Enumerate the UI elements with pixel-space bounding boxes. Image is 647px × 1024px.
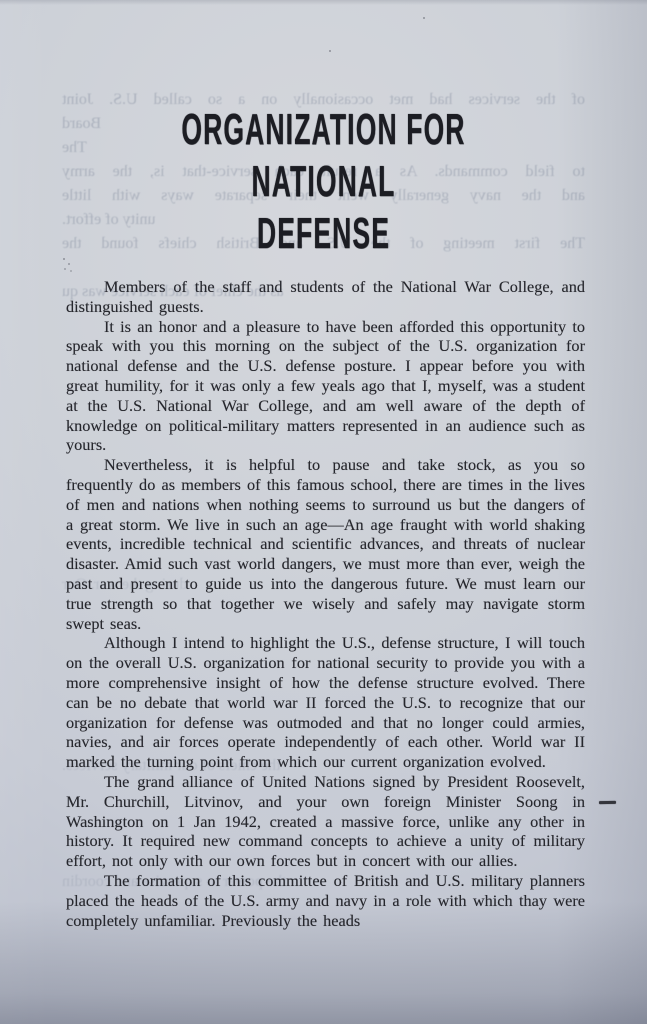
paragraph: The formation of this committee of Briti… [66,871,585,930]
page-content: ORGANIZATION FOR NATIONAL DEFENSE Member… [0,0,647,1024]
paragraph: It is an honor and a pleasure to have be… [66,317,585,456]
page-title-line-2: DEFENSE [129,208,517,260]
paragraph: The grand alliance of United Nations sig… [66,772,585,871]
paragraph: Nevertheless, it is helpful to pause and… [66,455,585,633]
page-title-line-1: ORGANIZATION FOR NATIONAL [129,104,517,208]
paragraph-salutation: Members of the staff and students of the… [66,277,585,317]
body-text: Members of the staff and students of the… [66,277,585,930]
paragraph: Although I intend to highlight the U.S.,… [66,633,585,772]
page-title: ORGANIZATION FOR NATIONAL DEFENSE [0,0,647,260]
scanned-document-page: of the services had met occasionally on … [0,0,647,1024]
